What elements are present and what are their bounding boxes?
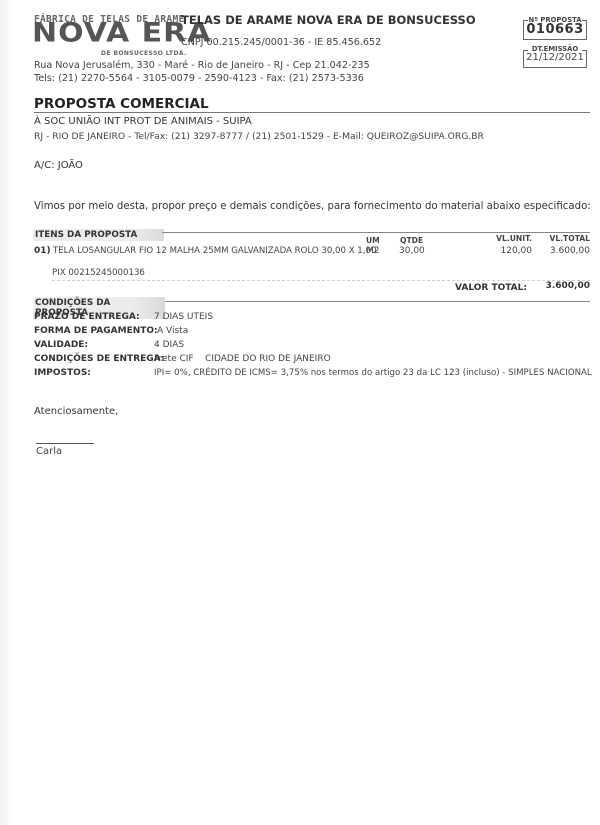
logo-subtitle: DE BONSUCESSO LTDA. (101, 50, 187, 57)
attention-line: A/C: JOÃO (34, 160, 83, 171)
taxes-label: IMPOSTOS: (34, 368, 91, 378)
document-title: PROPOSTA COMERCIAL (34, 96, 209, 112)
item-total: 3.600,00 (550, 246, 590, 256)
payment-method-value: A Vista (157, 326, 188, 336)
item-description: TELA LOSANGULAR FIO 12 MALHA 25MM GALVAN… (53, 246, 376, 256)
delivery-time-label: PRAZO DE ENTREGA: (34, 312, 140, 322)
items-section-divider (162, 232, 590, 233)
validity-label: VALIDADE: (34, 340, 88, 350)
title-divider (34, 112, 590, 113)
issue-date-label: DT.EMISSÃO (523, 45, 587, 53)
issue-date: 21/12/2021 (524, 52, 586, 63)
proposal-number: 010663 (524, 22, 586, 37)
closing-greeting: Atenciosamente, (34, 406, 118, 417)
conditions-section-divider (165, 301, 590, 302)
col-qty: QTDE (400, 236, 423, 245)
item-um: M2 (366, 246, 380, 256)
signature-line (36, 443, 94, 444)
item-unit-price: 120,00 (501, 246, 533, 256)
total-label: VALOR TOTAL: (455, 283, 527, 293)
company-phones: Tels: (21) 2270-5564 - 3105-0079 - 2590-… (34, 73, 364, 84)
col-total: VL.TOTAL (549, 234, 590, 243)
company-address: Rua Nova Jerusalém, 330 - Maré - Rio de … (34, 60, 370, 71)
item-number: 01) (34, 246, 51, 256)
delivery-conditions-value: Frete CIF CIDADE DO RIO DE JANEIRO (154, 354, 331, 364)
delivery-conditions-label: CONDIÇÕES DE ENTREGA: (34, 354, 164, 364)
validity-value: 4 DIAS (154, 340, 184, 350)
signer-name: Carla (36, 446, 62, 457)
items-dashed-divider (52, 280, 590, 281)
company-cnpj: CNPJ 00.215.245/0001-36 - IE 85.456.652 (181, 37, 381, 48)
scan-edge (0, 0, 14, 825)
company-name: TELAS DE ARAME NOVA ERA DE BONSUCESSO (181, 13, 476, 27)
col-um: UM (366, 236, 380, 245)
intro-text: Vimos por meio desta, propor preço e dem… (34, 201, 591, 212)
payment-method-label: FORMA DE PAGAMENTO: (34, 326, 158, 336)
items-section-title: ITENS DA PROPOSTA (33, 229, 164, 241)
col-unit-price: VL.UNIT. (496, 234, 532, 243)
recipient-contact: RJ - RIO DE JANEIRO - Tel/Fax: (21) 3297… (34, 131, 484, 142)
item-qty: 30,00 (399, 246, 425, 256)
proposal-number-label: Nº PROPOSTA (523, 16, 587, 24)
delivery-time-value: 7 DIAS UTEIS (154, 312, 213, 322)
item-note: PIX 00215245000136 (52, 268, 145, 278)
total-value: 3.600,00 (546, 281, 590, 291)
taxes-value: IPI= 0%, CRÉDITO DE ICMS= 3,75% nos term… (154, 368, 592, 378)
recipient-name: À SOC UNIÃO INT PROT DE ANIMAIS - SUIPA (34, 116, 252, 127)
